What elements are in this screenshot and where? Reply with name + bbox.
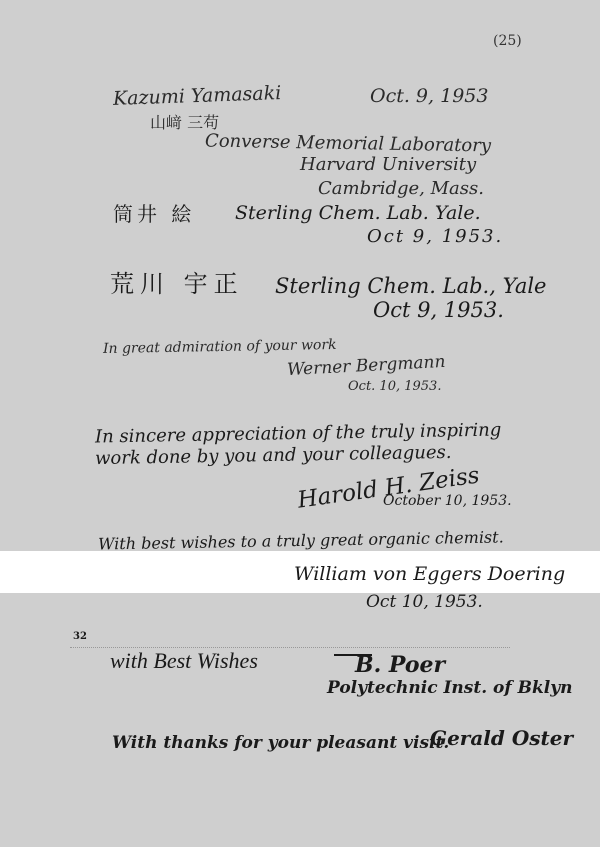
entry-yamasaki-affiliation-3: Cambridge, Mass. — [318, 180, 484, 198]
entry-oster-message: With thanks for your pleasant visit. — [112, 735, 449, 752]
entry-doering-date: Oct 10, 1953. — [366, 594, 483, 611]
document-page: (25) Kazumi Yamasaki Oct. 9, 1953 山﨑 三苟 … — [0, 0, 600, 847]
entry-bergmann-signature: Werner Bergmann — [287, 354, 446, 379]
entry-tsutsui-date: Oct 9, 1953. — [367, 228, 503, 246]
entry-oster-signature: Gerald Oster — [430, 728, 573, 748]
entry-yamasaki-affiliation-1: Converse Memorial Laboratory — [205, 133, 491, 156]
entry-zeiss-date: October 10, 1953. — [383, 494, 512, 508]
entry-yamasaki-kanji: 山﨑 三苟 — [150, 115, 219, 131]
entry-arakawa-date: Oct 9, 1953. — [373, 300, 504, 321]
entry-tsutsui-kanji: 筒井 絵 — [113, 204, 195, 224]
entry-doering-signature: William von Eggers Doering — [294, 565, 565, 584]
entry-yamasaki-affiliation-2: Harvard University — [300, 156, 476, 174]
entry-bergmann-message: In great admiration of your work — [103, 338, 337, 356]
page-number: (25) — [493, 34, 522, 48]
entry-yamasaki-date: Oct. 9, 1953 — [370, 87, 488, 106]
entry-yamasaki-name: Kazumi Yamasaki — [113, 84, 282, 109]
entry-arakawa-affiliation: Sterling Chem. Lab., Yale — [275, 276, 546, 297]
entry-bergmann-date: Oct. 10, 1953. — [348, 380, 441, 393]
entry-poer-message: with Best Wishes — [110, 650, 258, 672]
entry-poer-affiliation: Polytechnic Inst. of Bklyn — [327, 680, 572, 697]
entry-zeiss-message-2: work done by you and your colleagues. — [95, 444, 452, 468]
entry-doering-message: With best wishes to a truly great organi… — [98, 529, 504, 552]
entry-tsutsui-affiliation: Sterling Chem. Lab. Yale. — [235, 204, 481, 223]
entry-arakawa-kanji: 荒川 宇正 — [110, 272, 244, 296]
entry-poer-signature: B. Poer — [355, 654, 445, 676]
entry-marker-number: 32 — [73, 632, 87, 642]
